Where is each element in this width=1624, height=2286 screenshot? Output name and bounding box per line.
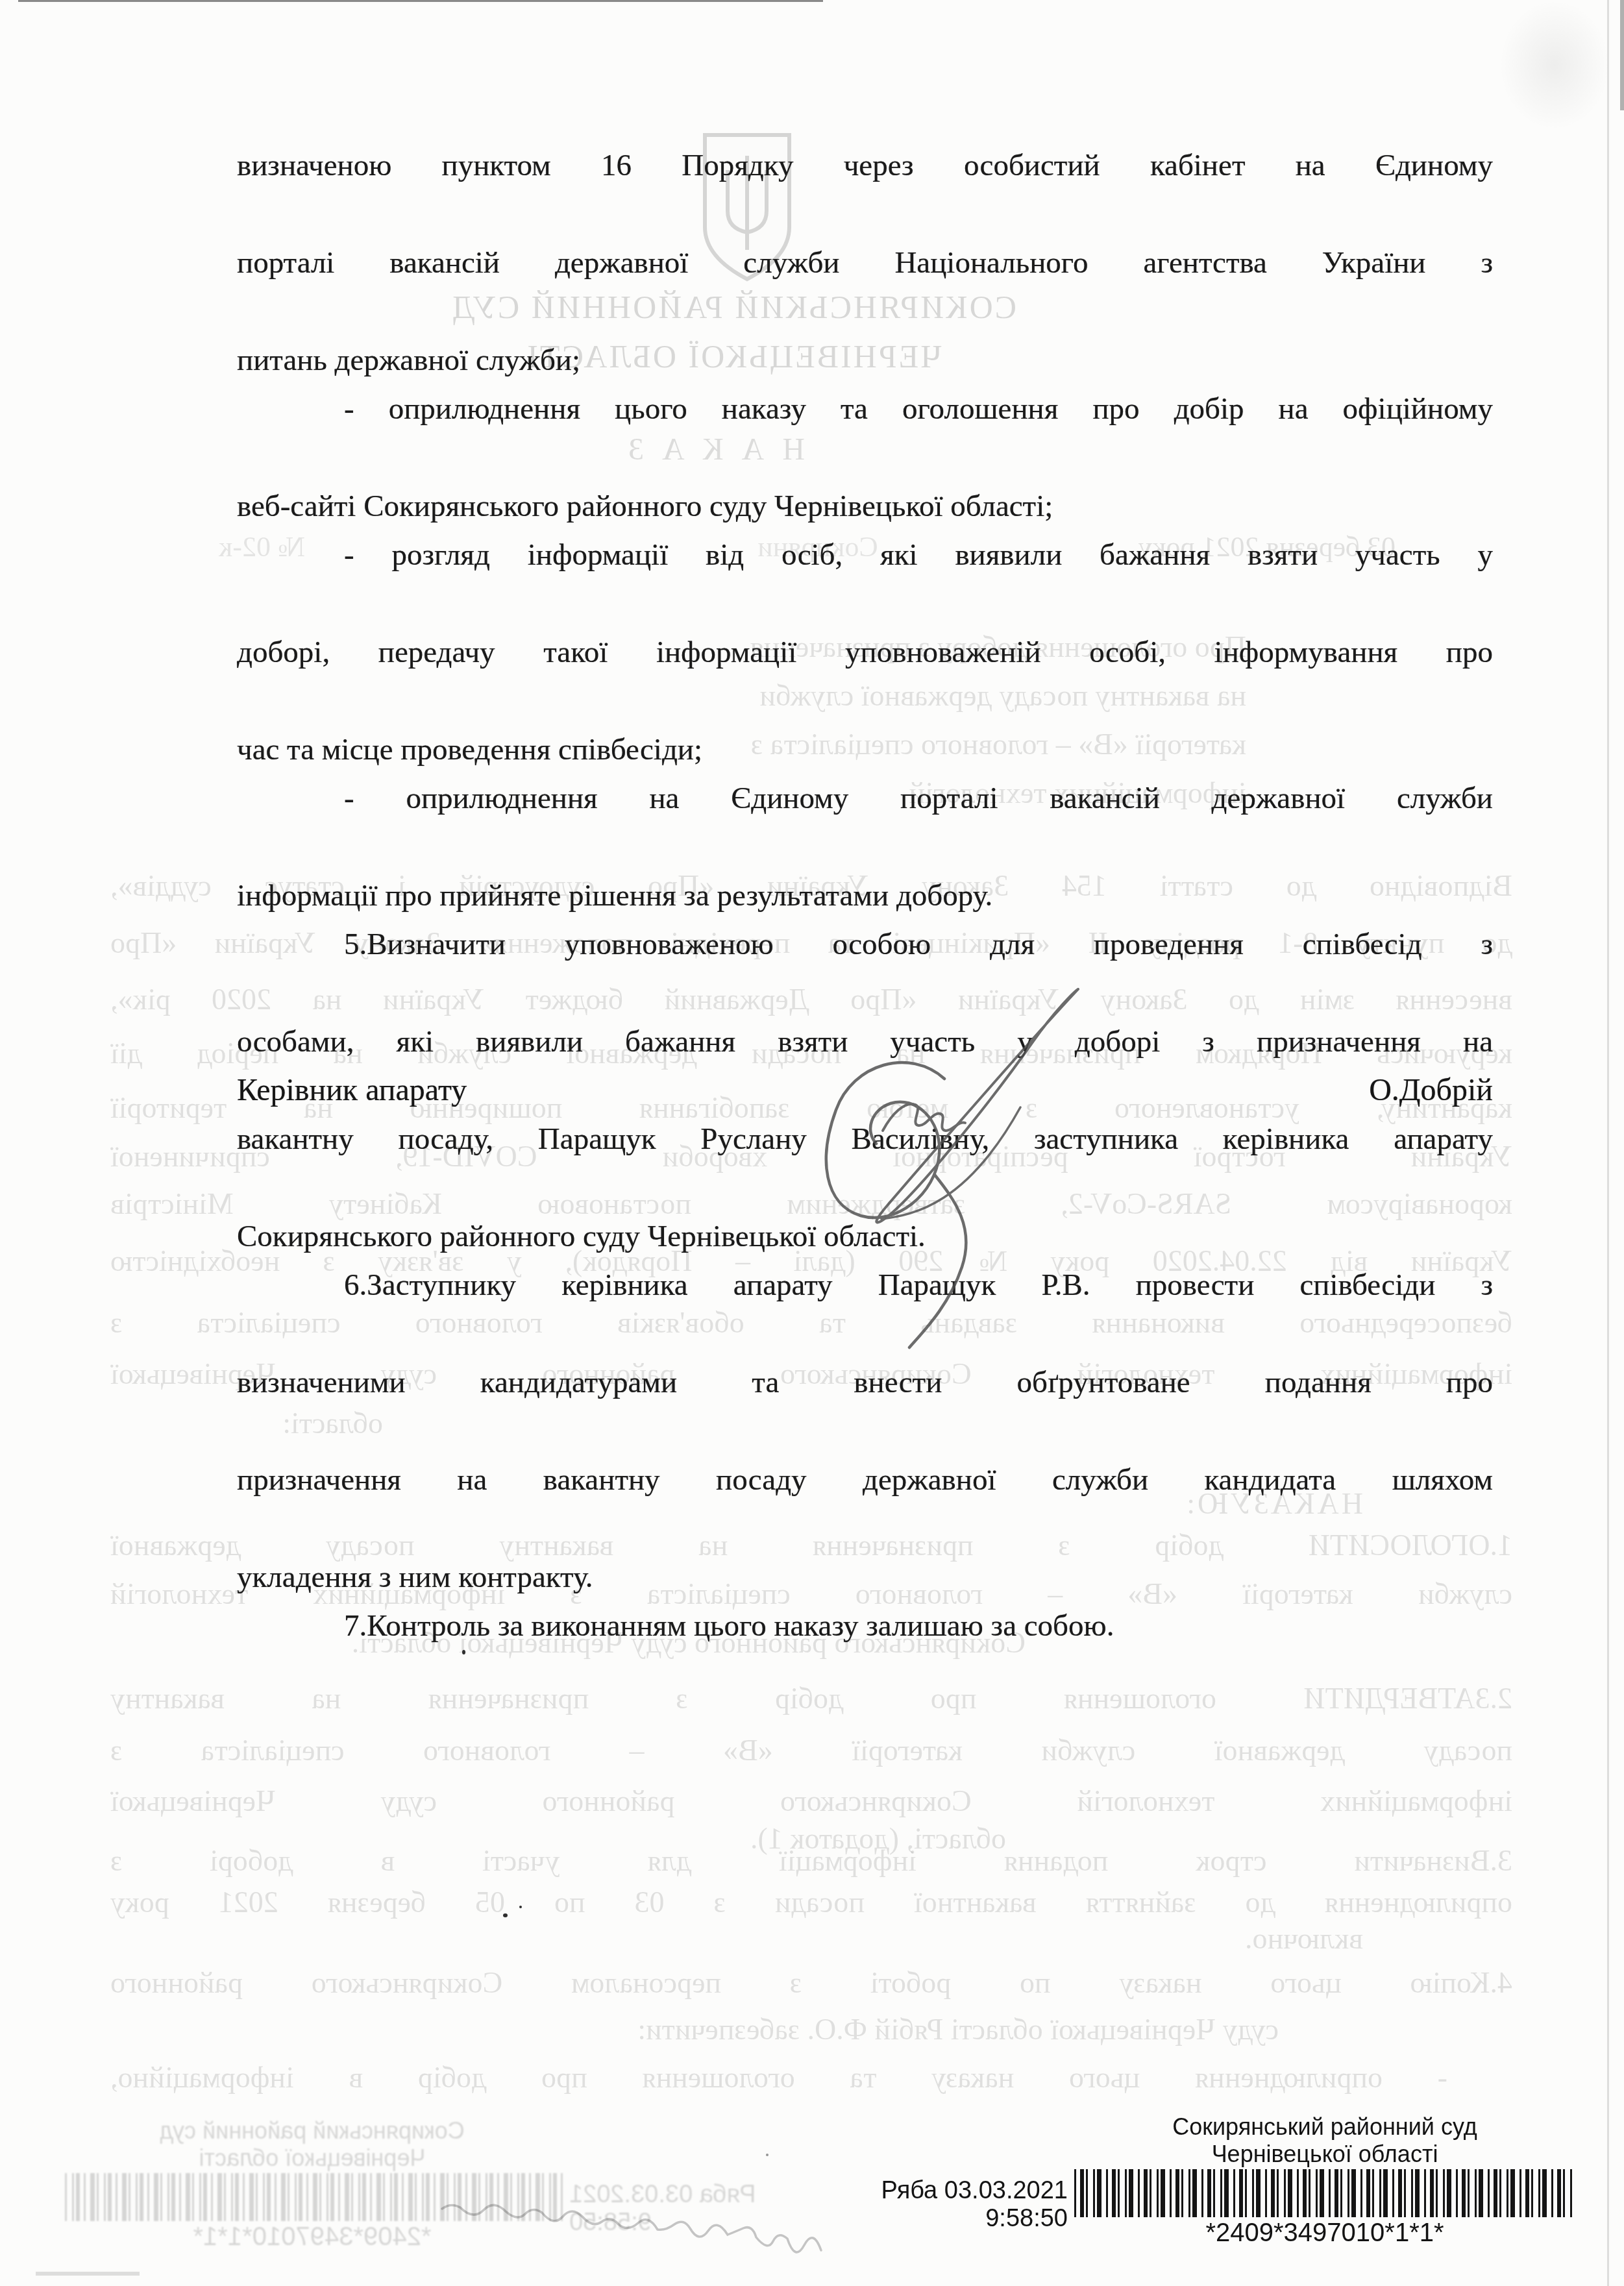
stamp-barcode-text: *2409*3497010*1*1*: [1077, 2218, 1572, 2248]
text-line: 7.Контроль за виконанням цього наказу за…: [237, 1602, 1493, 1651]
ink-speck: [519, 1906, 522, 1908]
signature-scribble: [720, 980, 1123, 1370]
bleedthrough-stamp-court-line1: Сокирянський районний суд: [65, 2117, 560, 2145]
stamp-court-name-line1: Сокирянський районний суд: [1077, 2113, 1572, 2141]
stamp-court-name-line2: Чернівецької області: [1077, 2141, 1572, 2168]
scan-artifact-bottom-left: [36, 2272, 140, 2276]
text-line: визначеними кандидатурами та внести обґр…: [237, 1358, 1493, 1456]
ink-speck: [766, 2154, 769, 2156]
scanned-document-page: СОКИРЯНСЬКИЙ РАЙОННИЙ СУД ЧЕРНІВЕЦЬКОЇ О…: [0, 0, 1624, 2286]
ink-speck: [462, 1650, 465, 1654]
text-line: час та місце проведення співбесіди;: [237, 726, 1493, 774]
text-line: - розгляд інформації від осіб, які вияви…: [237, 531, 1493, 628]
scan-artifact-top-edge: [18, 0, 823, 2]
scan-artifact-fold-line: [1607, 0, 1609, 2286]
text-line: порталі вакансій державної служби Націон…: [237, 239, 1493, 336]
bleedthrough-stamp-court-line2: Чернівецької області: [65, 2145, 560, 2172]
ink-speck: [503, 1913, 508, 1917]
text-line: визначеною пунктом 16 Порядку через особ…: [237, 141, 1493, 239]
handwritten-note-bleedthrough: [389, 2210, 831, 2268]
text-line: питань державної служби;: [237, 336, 1493, 385]
bleedthrough-item-line: включно.: [1201, 1923, 1363, 1955]
court-stamp: Сокирянський районний суд Чернівецької о…: [850, 2113, 1572, 2251]
scan-artifact-right-edge: [1620, 0, 1624, 110]
stamp-datetime: Ряба 03.03.2021 9:58:50: [850, 2177, 1068, 2233]
signature-role-label: Керівник апарату: [237, 1072, 467, 1108]
text-line: - оприлюднення на Єдиному порталі ваканс…: [237, 774, 1493, 872]
text-line: інформації про прийняте рішення за резул…: [237, 872, 1493, 920]
bleedthrough-item-line: суду Чернівецької області Рябій Ф.О. заб…: [552, 2013, 1279, 2046]
text-line: доборі, передачу такої інформації уповно…: [237, 628, 1493, 726]
text-line: укладення з ним контракту.: [237, 1553, 1493, 1602]
stamp-barcode: [1074, 2169, 1572, 2217]
signature-name: О.Добрій: [1369, 1072, 1493, 1108]
text-line: призначення на вакантну посаду державної…: [237, 1456, 1493, 1553]
scan-artifact-corner-shadow: [1499, 0, 1610, 130]
text-line: веб-сайті Сокирянського районного суду Ч…: [237, 482, 1493, 531]
text-line: - оприлюднення цього наказу та оголошенн…: [237, 385, 1493, 482]
body-text: визначеною пунктом 16 Порядку через особ…: [237, 141, 1493, 1651]
